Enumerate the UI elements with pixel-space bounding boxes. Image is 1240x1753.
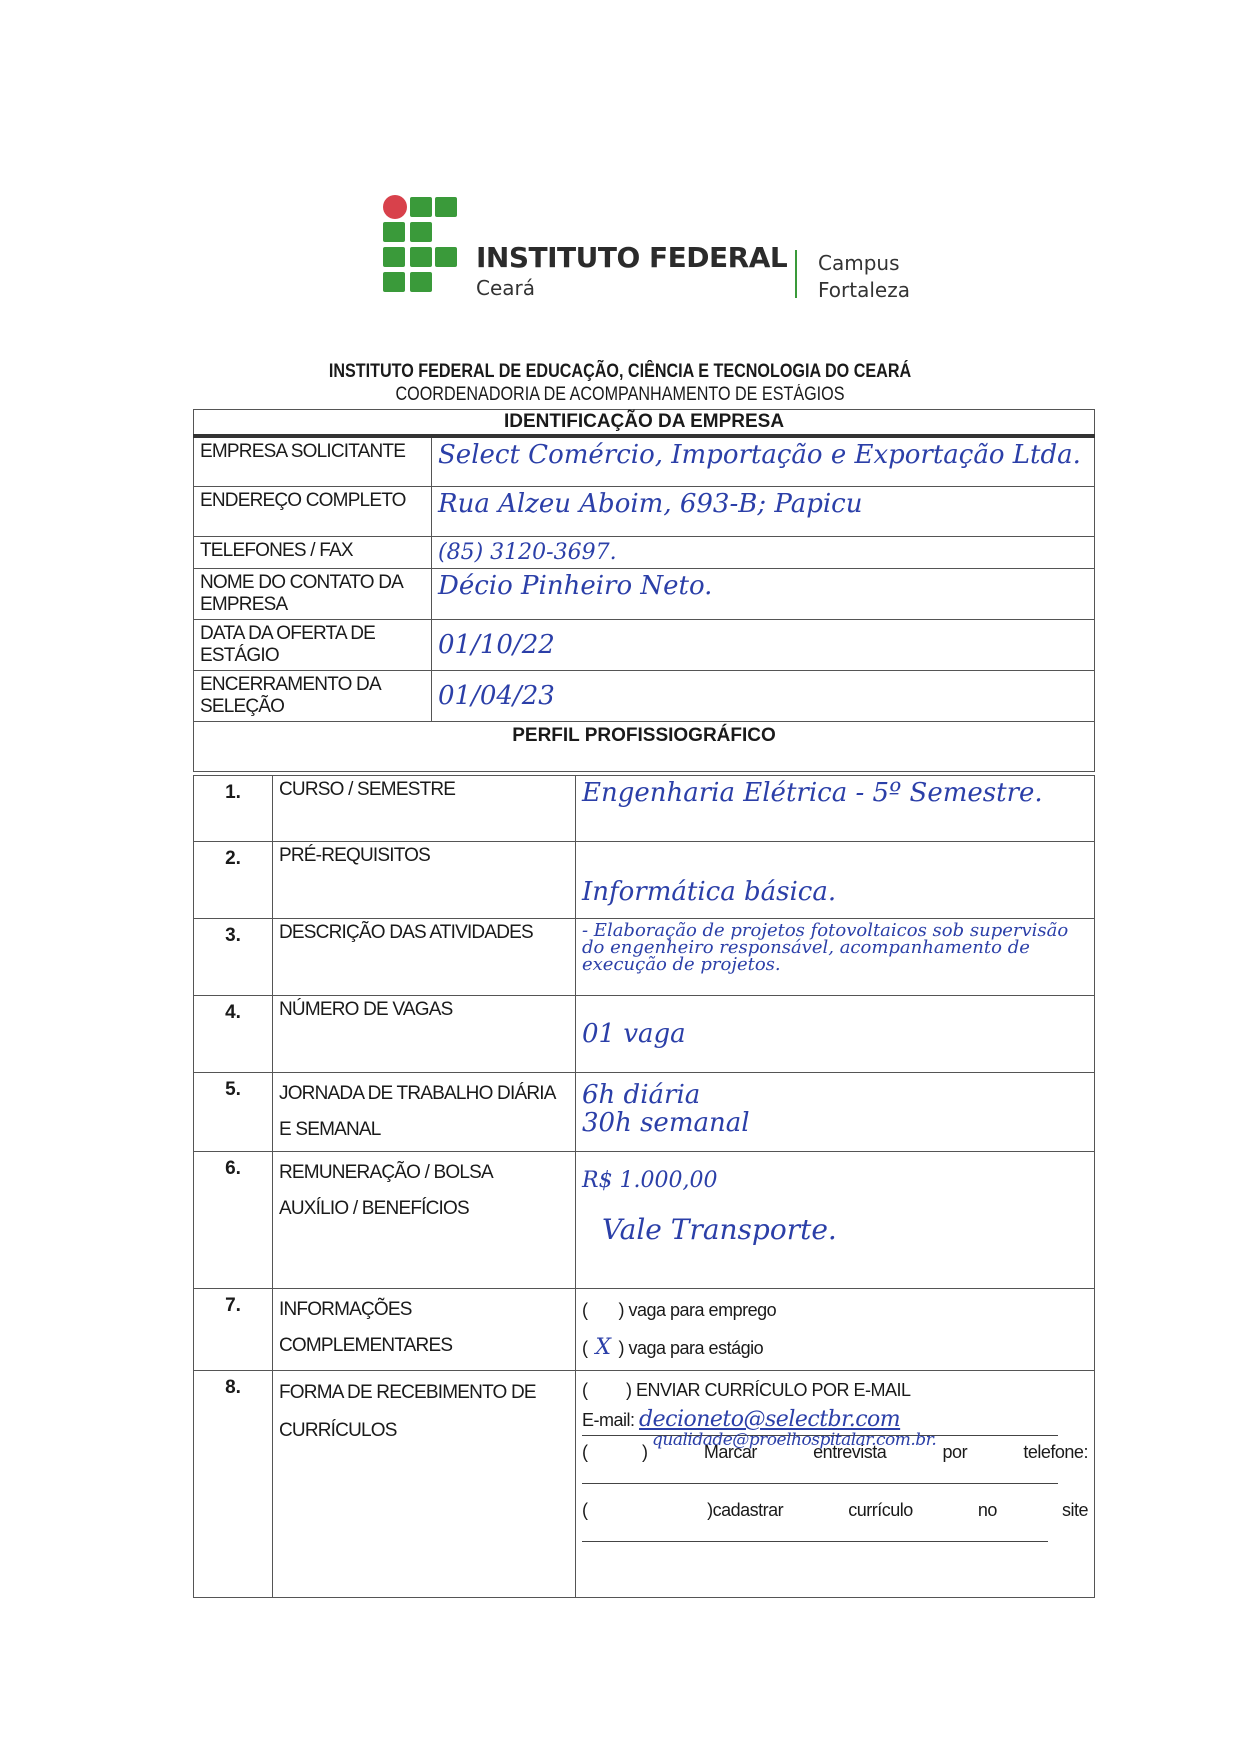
item-label: AUXÍLIO / BENEFÍCIOS — [279, 1191, 569, 1227]
profile-section-title: PERFIL PROFISSIOGRÁFICO — [194, 721, 1095, 771]
field-label: TELEFONES / FAX — [194, 536, 432, 568]
campus-label: Campus — [818, 251, 900, 275]
field-label: NOME DO CONTATO DA EMPRESA — [194, 568, 432, 619]
prerequisites-value[interactable]: Informática básica. — [576, 842, 1095, 919]
logo-square — [383, 222, 405, 242]
option-word: telefone: — [1023, 1442, 1088, 1463]
item-label: REMUNERAÇÃO / BOLSA — [279, 1155, 569, 1191]
logo-square — [410, 272, 432, 292]
option-word: no — [978, 1500, 997, 1521]
item-label: COMPLEMENTARES — [279, 1328, 569, 1364]
item-label: NÚMERO DE VAGAS — [273, 996, 576, 1073]
item-number: 4. — [194, 996, 273, 1073]
site-line[interactable] — [582, 1521, 1048, 1542]
item-number: 7. — [194, 1289, 273, 1371]
contact-value[interactable]: Décio Pinheiro Neto. — [432, 568, 1095, 619]
option-word: )cadastrar — [707, 1500, 783, 1521]
vacancies-value[interactable]: 01 vaga — [576, 996, 1095, 1073]
item-label: CURRÍCULOS — [279, 1412, 569, 1450]
item-number: 3. — [194, 919, 273, 996]
logo-title: INSTITUTO FEDERAL — [476, 241, 787, 274]
item-label: FORMA DE RECEBIMENTO DE — [279, 1374, 569, 1412]
closing-date-value[interactable]: 01/04/23 — [432, 670, 1095, 721]
address-value[interactable]: Rua Alzeu Aboim, 693-B; Papicu — [432, 486, 1095, 536]
option-job-vacancy[interactable]: ( ) vaga para emprego — [582, 1292, 1088, 1329]
item-label: INFORMAÇÕES — [279, 1292, 569, 1328]
logo-red-dot — [383, 195, 407, 219]
logo-square — [383, 272, 405, 292]
logo-square — [435, 197, 457, 217]
company-name-value[interactable]: Select Comércio, Importação e Exportação… — [432, 436, 1095, 486]
company-section-title: IDENTIFICAÇÃO DA EMPRESA — [194, 410, 1095, 437]
logo-square — [410, 247, 432, 267]
offer-date-value[interactable]: 01/10/22 — [432, 619, 1095, 670]
option-send-email[interactable]: ( ) ENVIAR CURRÍCULO POR E-MAIL — [582, 1375, 1088, 1405]
checkbox-mark[interactable]: X — [592, 1329, 614, 1366]
option-label: vaga para emprego — [629, 1300, 777, 1320]
activities-value[interactable]: - Elaboração de projetos fotovoltaicos s… — [576, 919, 1095, 996]
course-value[interactable]: Engenharia Elétrica - 5º Semestre. — [576, 776, 1095, 842]
institution-heading: INSTITUTO FEDERAL DE EDUCAÇÃO, CIÊNCIA E… — [93, 361, 1147, 383]
phone-value[interactable]: (85) 3120-3697. — [432, 536, 1095, 568]
field-label: ENCERRAMENTO DA SELEÇÃO — [194, 670, 432, 721]
item-number: 6. — [194, 1152, 273, 1289]
department-heading: COORDENADORIA DE ACOMPANHAMENTO DE ESTÁG… — [93, 384, 1147, 406]
logo-square — [410, 222, 432, 242]
salary-value[interactable]: R$ 1.000,00 — [582, 1168, 1088, 1193]
phone-line[interactable] — [582, 1463, 1058, 1484]
email-value-secondary[interactable]: qualidade@proelhospitalar.com.br. — [652, 1425, 936, 1455]
field-label: DATA DA OFERTA DE ESTÁGIO — [194, 619, 432, 670]
item-number: 2. — [194, 842, 273, 919]
item-label: DESCRIÇÃO DAS ATIVIDADES — [273, 919, 576, 996]
item-label: E SEMANAL — [279, 1112, 569, 1148]
option-internship-vacancy[interactable]: ( X ) vaga para estágio — [582, 1329, 1088, 1367]
profile-table: 1. CURSO / SEMESTRE Engenharia Elétrica … — [193, 775, 1095, 1598]
item-label: PRÉ-REQUISITOS — [273, 842, 576, 919]
option-word: por — [943, 1442, 968, 1463]
logo-square — [410, 197, 432, 217]
item-label: JORNADA DE TRABALHO DIÁRIA — [279, 1076, 569, 1112]
item-number: 1. — [194, 776, 273, 842]
field-label: EMPRESA SOLICITANTE — [194, 436, 432, 486]
logo-subtitle: Ceará — [476, 276, 535, 300]
option-label: ENVIAR CURRÍCULO POR E-MAIL — [636, 1380, 911, 1400]
field-label: ENDEREÇO COMPLETO — [194, 486, 432, 536]
option-label: vaga para estágio — [629, 1338, 764, 1358]
daily-hours-value[interactable]: 6h diária — [582, 1081, 1088, 1109]
logo-square — [435, 247, 457, 267]
company-table: IDENTIFICAÇÃO DA EMPRESA EMPRESA SOLICIT… — [193, 409, 1095, 772]
benefits-value[interactable]: Vale Transporte. — [602, 1213, 1088, 1246]
campus-name: Fortaleza — [818, 278, 910, 302]
email-label: E-mail: — [582, 1410, 635, 1430]
option-word: currículo — [848, 1500, 913, 1521]
logo-divider — [795, 250, 797, 298]
item-number: 5. — [194, 1073, 273, 1152]
item-number: 8. — [194, 1371, 273, 1598]
option-word: site — [1062, 1500, 1088, 1521]
weekly-hours-value[interactable]: 30h semanal — [582, 1109, 1088, 1137]
item-label: CURSO / SEMESTRE — [273, 776, 576, 842]
option-register-site[interactable]: ( )cadastrar currículo no site — [582, 1500, 1088, 1521]
logo-square — [383, 247, 405, 267]
